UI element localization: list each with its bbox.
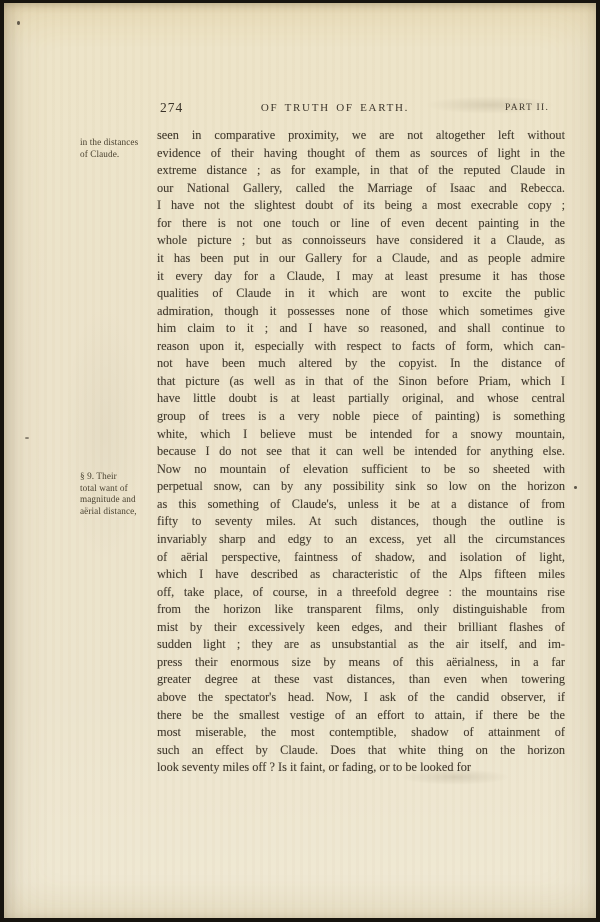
body-line: above the spectator's head. Now, I ask o… (157, 689, 565, 707)
body-line: fifty to seventy miles. At such distance… (157, 513, 565, 531)
body-line: mist by their excessively keen edges, an… (157, 619, 565, 637)
body-line: him claim to it ; and I have so reasoned… (157, 320, 565, 338)
body-line: invariably sharp and edgy to an excess, … (157, 531, 565, 549)
body-line: have little doubt is at least partially … (157, 390, 565, 408)
body-line: extreme distance ; as for example, in th… (157, 162, 565, 180)
body-line: for there is not one touch or line of ev… (157, 215, 565, 233)
ink-speck (17, 21, 20, 25)
body-line: because I do not see that it can well be… (157, 443, 565, 461)
body-line: most miserable, the most contemptible, s… (157, 724, 565, 742)
body-line: that picture (as well as in that of the … (157, 373, 565, 391)
ink-speck (574, 486, 577, 489)
body-line: whole picture ; but as connoisseurs have… (157, 232, 565, 250)
body-line: greater degree at these vast distances, … (157, 671, 565, 689)
margin-note-section-9: § 9. Their total want of magnitude and a… (80, 471, 156, 517)
body-line: reason upon it, especially with respect … (157, 338, 565, 356)
margin-note-line: magnitude and (80, 494, 156, 506)
body-text: seen in comparative proximity, we are no… (157, 127, 565, 777)
body-line: our National Gallery, called the Marriag… (157, 180, 565, 198)
body-line: of aërial perspective, faintness of shad… (157, 549, 565, 567)
part-label: PART II. (505, 103, 553, 113)
margin-note-line: aërial distance, (80, 506, 156, 518)
body-line: press their enormous size by means of th… (157, 654, 565, 672)
body-line: there be the smallest vestige of an effo… (157, 707, 565, 725)
body-line: as this something of Claude's, unless it… (157, 496, 565, 514)
scanned-book-page: 274 OF TRUTH OF EARTH. PART II. in the d… (4, 3, 596, 918)
body-line: admiration, though it possesses none of … (157, 303, 565, 321)
page-number: 274 (160, 100, 183, 116)
running-title: OF TRUTH OF EARTH. (253, 102, 417, 114)
ink-speck (25, 437, 29, 439)
body-line: not have been much altered by the copyis… (157, 355, 565, 373)
body-line: which I have described as characteristic… (157, 566, 565, 584)
body-line: such an effect by Claude. Does that whit… (157, 742, 565, 760)
margin-note-line: § 9. Their (80, 471, 156, 483)
body-line: seen in comparative proximity, we are no… (157, 127, 565, 145)
margin-note-distances-of-claude: in the distances of Claude. (80, 137, 156, 160)
margin-note-line: total want of (80, 483, 156, 495)
body-line: off, take place, of course, in a threefo… (157, 584, 565, 602)
body-line: it every day for a Claude, I may at leas… (157, 268, 565, 286)
body-line: from the horizon like transparent films,… (157, 601, 565, 619)
body-line: perpetual snow, can by any possibility s… (157, 478, 565, 496)
margin-note-line: in the distances (80, 137, 156, 149)
body-line: white, which I believe must be intended … (157, 426, 565, 444)
margin-note-line: of Claude. (80, 149, 156, 161)
body-line: evidence of their having thought of them… (157, 145, 565, 163)
body-line: it has been put in our Gallery for a Cla… (157, 250, 565, 268)
body-line: sudden light ; they are as unsubstantial… (157, 636, 565, 654)
body-line: Now no mountain of elevation sufficient … (157, 461, 565, 479)
body-line: I have not the slightest doubt of its be… (157, 197, 565, 215)
body-line: qualities of Claude in it which are wont… (157, 285, 565, 303)
body-line: look seventy miles off ? Is it faint, or… (157, 759, 565, 777)
body-line: group of trees is a very noble piece of … (157, 408, 565, 426)
bleed-through-smudge (64, 303, 144, 563)
